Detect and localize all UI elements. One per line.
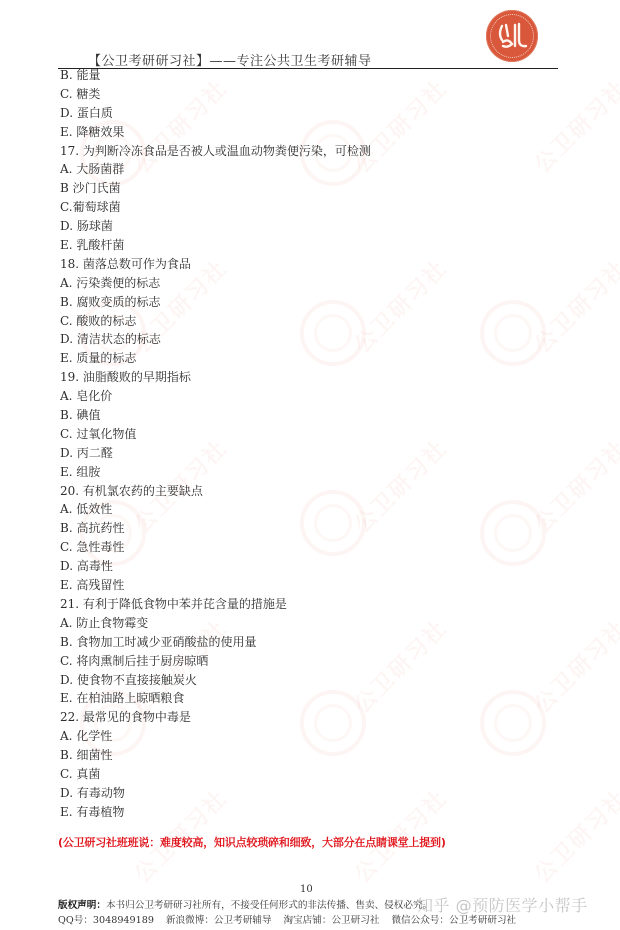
option-line: C. 酸败的标志 xyxy=(60,312,560,331)
option-line: B. 高抗药性 xyxy=(60,519,560,538)
option-line: E. 高残留性 xyxy=(60,576,560,595)
option-line: D. 高毒性 xyxy=(60,557,560,576)
option-line: A. 皂化价 xyxy=(60,387,560,406)
option-line: D. 丙二醛 xyxy=(60,444,560,463)
option-line: E. 降糖效果 xyxy=(60,123,560,142)
option-line: B. 腐败变质的标志 xyxy=(60,293,560,312)
option-line: B. 能量 xyxy=(60,66,560,85)
question-22: 22. 最常见的食物中毒是 xyxy=(60,708,560,727)
option-line: D. 肠球菌 xyxy=(60,217,560,236)
taobao-store: 淘宝店铺：公卫研习社 xyxy=(284,915,380,926)
option-line: B. 碘值 xyxy=(60,406,560,425)
option-line: A. 低效性 xyxy=(60,500,560,519)
option-line: A. 污染粪便的标志 xyxy=(60,274,560,293)
question-21: 21. 有利于降低食物中苯并芘含量的措施是 xyxy=(60,595,560,614)
option-line: C. 真菌 xyxy=(60,765,560,784)
option-line: D. 蛋白质 xyxy=(60,104,560,123)
option-line: E. 在柏油路上晾晒粮食 xyxy=(60,689,560,708)
option-line: E. 组胺 xyxy=(60,463,560,482)
question-content: B. 能量 C. 糖类 D. 蛋白质 E. 降糖效果 17. 为判断冷冻食品是否… xyxy=(60,66,560,822)
option-line: C. 过氧化物值 xyxy=(60,425,560,444)
option-line: E. 乳酸杆菌 xyxy=(60,236,560,255)
option-line: C. 急性毒性 xyxy=(60,538,560,557)
qq-number: QQ号：3048949189 xyxy=(58,915,154,926)
question-19: 19. 油脂酸败的早期指标 xyxy=(60,368,560,387)
option-line: C. 将肉熏制后挂于厨房晾晒 xyxy=(60,652,560,671)
option-line: A. 化学性 xyxy=(60,727,560,746)
logo-glyph-icon xyxy=(486,10,538,62)
weibo-account: 新浪微博：公卫考研辅导 xyxy=(166,915,272,926)
option-line: A. 大肠菌群 xyxy=(60,160,560,179)
option-line: A. 防止食物霉变 xyxy=(60,614,560,633)
copyright-line: 版权声明：本书归公卫考研研习社所有，不接受任何形式的非法传播、售卖、侵权必究。 xyxy=(58,897,432,911)
question-17: 17. 为判断冷冻食品是否被人或温血动物粪便污染，可检测 xyxy=(60,142,560,161)
wechat-account: 微信公众号：公卫考研研习社 xyxy=(391,915,516,926)
option-line: C. 糖类 xyxy=(60,85,560,104)
document-page: 公卫研习社 公卫研习社 公卫研习社 公卫研习社 公卫研习社 公卫研习社 公卫研习… xyxy=(0,0,620,930)
option-line: D. 清洁状态的标志 xyxy=(60,330,560,349)
option-line: E. 质量的标志 xyxy=(60,349,560,368)
copyright-label: 版权声明： xyxy=(58,900,106,911)
page-number: 10 xyxy=(300,884,313,895)
option-line: D. 使食物不直接接触炭火 xyxy=(60,671,560,690)
option-line: B. 细菌性 xyxy=(60,746,560,765)
option-line: D. 有毒动物 xyxy=(60,784,560,803)
option-line: E. 有毒植物 xyxy=(60,803,560,822)
zhihu-watermark: 知乎 @预防医学小帮手 xyxy=(417,893,588,916)
copyright-text: 本书归公卫考研研习社所有，不接受任何形式的非法传播、售卖、侵权必究。 xyxy=(106,900,432,911)
seal-logo-icon xyxy=(486,10,538,62)
option-line: C.葡萄球菌 xyxy=(60,198,560,217)
question-18: 18. 菌落总数可作为食品 xyxy=(60,255,560,274)
question-20: 20. 有机氯农药的主要缺点 xyxy=(60,482,560,501)
option-line: B. 食物加工时减少亚硝酸盐的使用量 xyxy=(60,633,560,652)
option-line: B 沙门氏菌 xyxy=(60,179,560,198)
teacher-note: (公卫研习社班班说：难度较高，知识点较琐碎和细致，大部分在点睛课堂上提到) xyxy=(58,834,446,850)
